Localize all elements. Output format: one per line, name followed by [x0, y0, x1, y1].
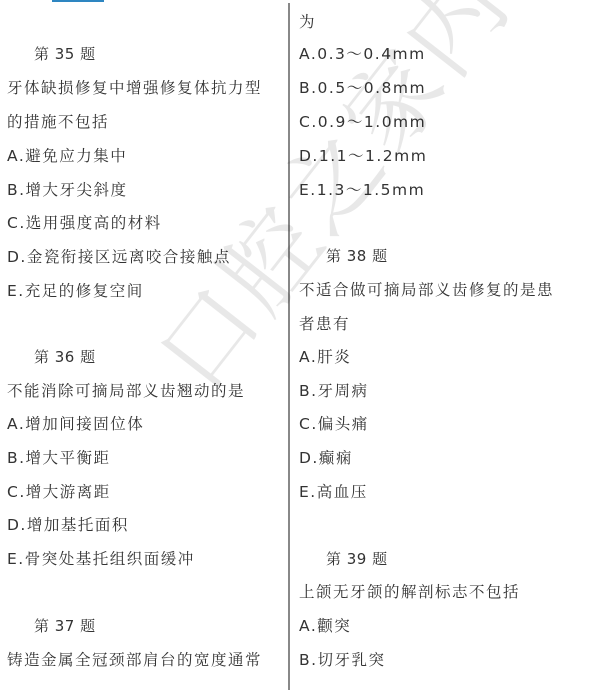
column-divider [288, 3, 290, 690]
question-35-stem-line-2: 的措施不包括 [7, 112, 109, 132]
question-36-option-a: A.增加间接固位体 [7, 414, 144, 434]
question-37-title: 第 37 题 [34, 616, 96, 636]
question-38-option-d: D.癫痫 [299, 448, 353, 468]
question-37-option-b: B.0.5～0.8mm [299, 78, 426, 98]
question-38-title: 第 38 题 [326, 246, 388, 266]
question-37-option-c: C.0.9～1.0mm [299, 112, 426, 132]
question-36-option-e: E.骨突处基托组织面缓冲 [7, 549, 195, 569]
question-36-option-b: B.增大平衡距 [7, 448, 111, 468]
question-38-option-b: B.牙周病 [299, 381, 369, 401]
question-39-title: 第 39 题 [326, 549, 388, 569]
question-39-option-a: A.颧突 [299, 616, 351, 636]
question-36-title: 第 36 题 [34, 347, 96, 367]
question-37-stem: 铸造金属全冠颈部肩台的宽度通常 [7, 650, 262, 670]
top-accent-bar [52, 0, 104, 2]
question-38-option-c: C.偏头痛 [299, 414, 369, 434]
question-37-option-e: E.1.3～1.5mm [299, 180, 425, 200]
question-36-stem: 不能消除可摘局部义齿翘动的是 [7, 381, 245, 401]
question-37-stem-continued: 为 [299, 12, 316, 32]
question-35-stem-line-1: 牙体缺损修复中增强修复体抗力型 [7, 78, 262, 98]
question-39-stem: 上颌无牙颌的解剖标志不包括 [299, 582, 520, 602]
question-38-option-a: A.肝炎 [299, 347, 351, 367]
question-35-option-b: B.增大牙尖斜度 [7, 180, 128, 200]
question-37-option-d: D.1.1～1.2mm [299, 146, 427, 166]
question-39-option-b: B.切牙乳突 [299, 650, 386, 670]
question-37-option-a: A.0.3～0.4mm [299, 44, 426, 64]
question-36-option-d: D.增加基托面积 [7, 515, 129, 535]
question-38-stem-line-2: 者患有 [299, 314, 350, 334]
question-35-option-d: D.金瓷衔接区远离咬合接触点 [7, 247, 231, 267]
question-36-option-c: C.增大游离距 [7, 482, 111, 502]
question-35-option-a: A.避免应力集中 [7, 146, 127, 166]
question-38-stem-line-1: 不适合做可摘局部义齿修复的是患 [299, 280, 554, 300]
question-35-title: 第 35 题 [34, 44, 96, 64]
question-38-option-e: E.高血压 [299, 482, 368, 502]
question-35-option-e: E.充足的修复空间 [7, 281, 144, 301]
question-35-option-c: C.选用强度高的材料 [7, 213, 162, 233]
